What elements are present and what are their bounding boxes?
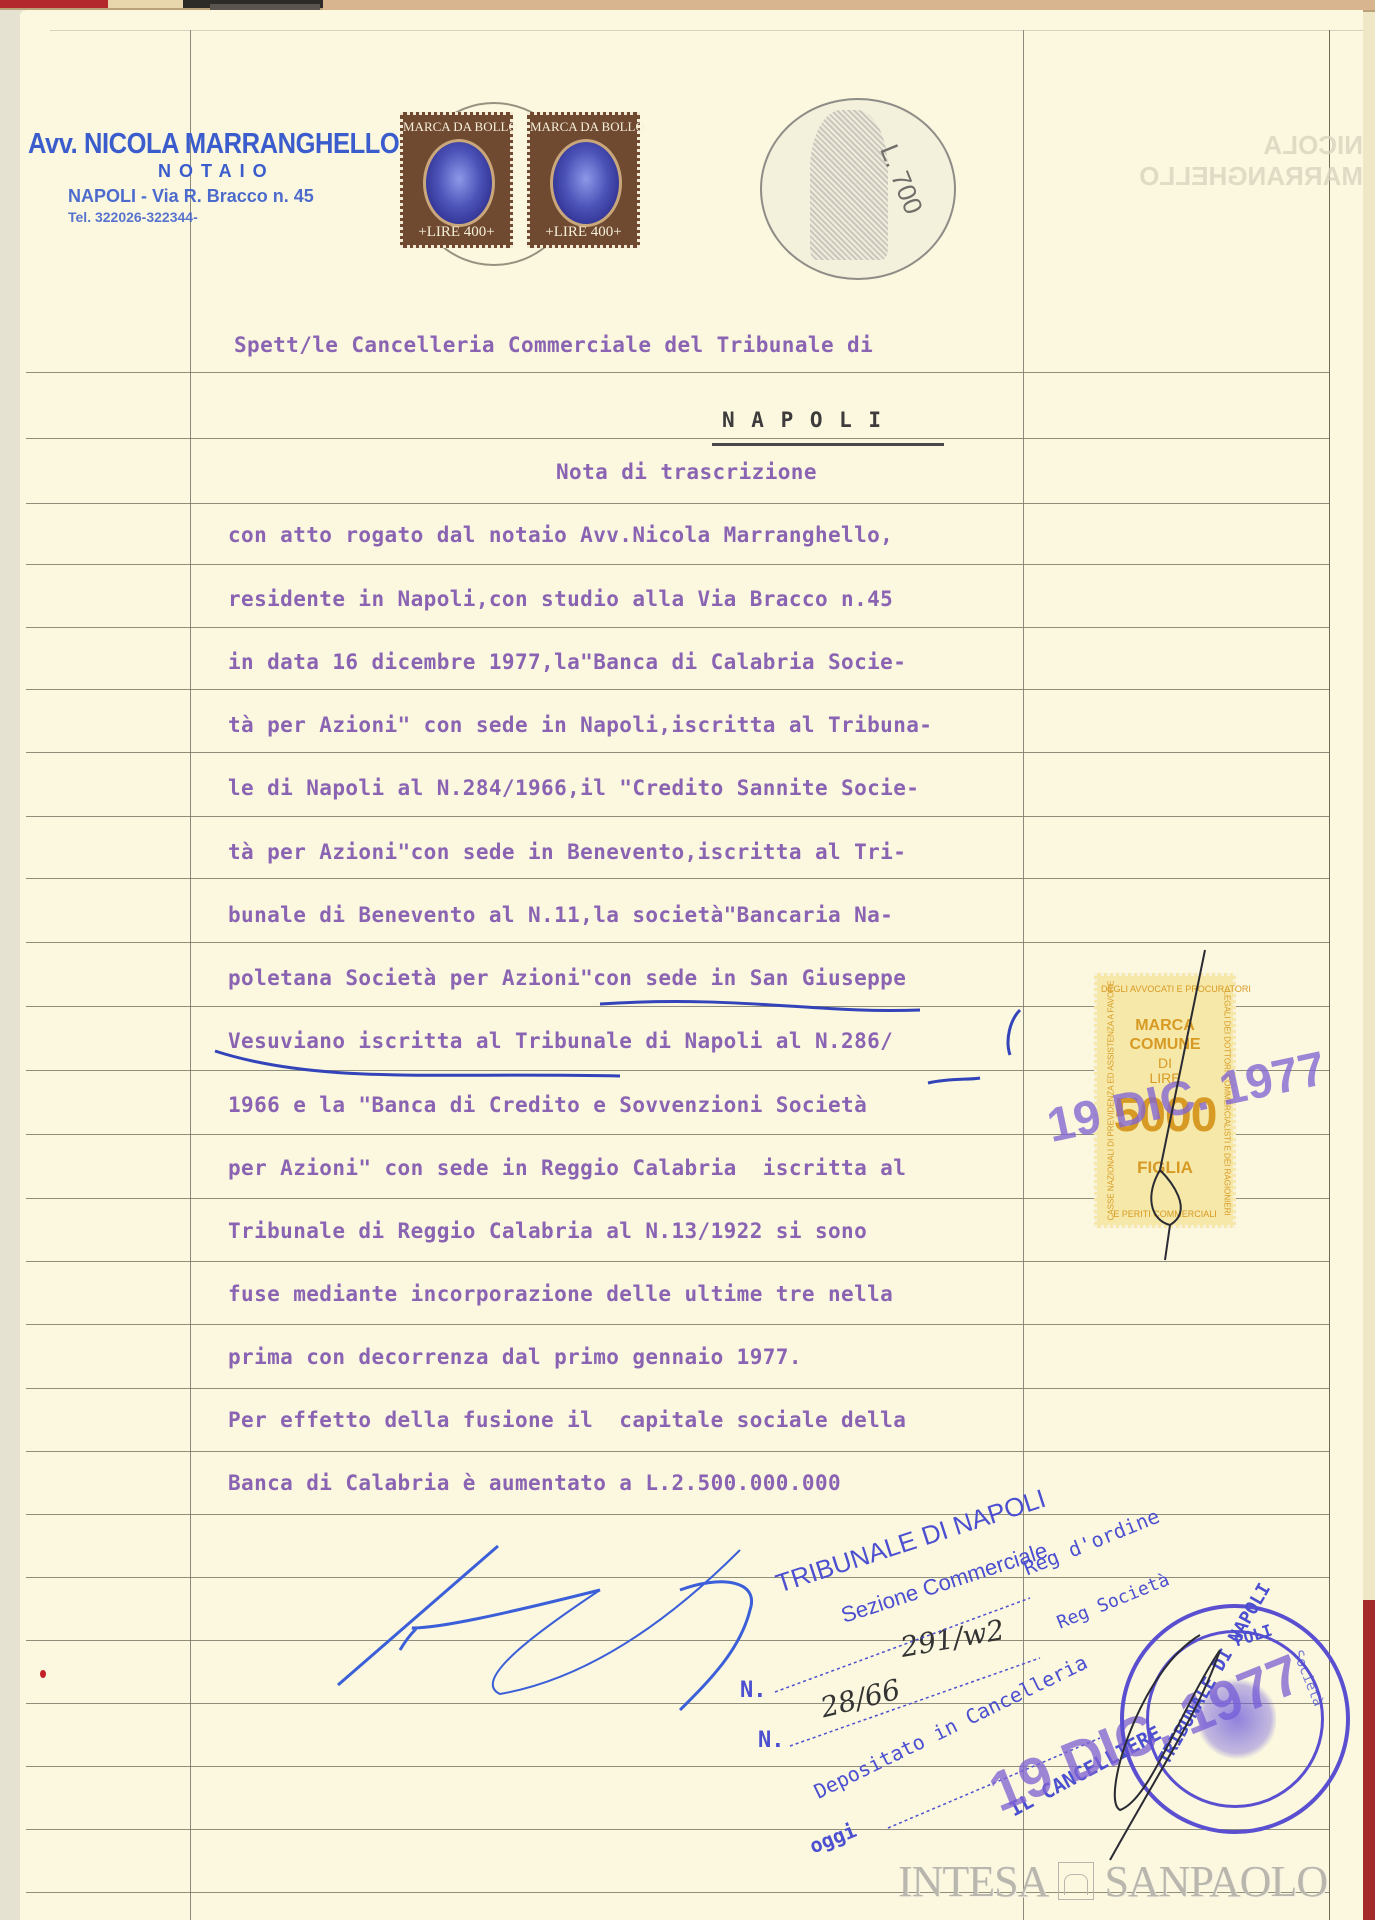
clerk-signature [20,10,1363,1920]
intesa-sanpaolo-watermark: INTESASANPAOLO [898,1856,1327,1907]
red-mark [40,1670,46,1678]
red-folder-edge [1362,1600,1375,1920]
bank-logo-icon [1058,1862,1094,1900]
document-page: Avv. NICOLA MARRANGHELLO NOTAIO NAPOLI -… [20,10,1363,1920]
